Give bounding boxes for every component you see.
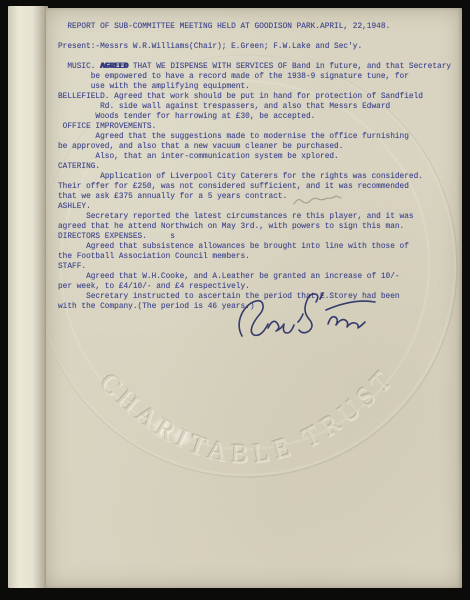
text-segment: DIRECTORS EXPENSES. s — [58, 233, 175, 241]
typewritten-text: REPORT OF SUB-COMMITTEE MEETING HELD AT … — [58, 22, 451, 312]
text-segment: Rd. side wall against trespassers, and a… — [58, 103, 390, 111]
text-segment: per week, to £4/10/- and £4 respectively… — [58, 283, 250, 291]
text-line: the Football Association Council members… — [58, 252, 451, 262]
text-line — [58, 52, 451, 62]
svg-text:CHARITABLE TRUST: CHARITABLE TRUST — [93, 360, 400, 467]
svg-text:CHARITABLE TRUST: CHARITABLE TRUST — [95, 363, 402, 470]
svg-text:CHARITABLE TRUST: CHARITABLE TRUST — [94, 361, 401, 468]
text-line — [58, 32, 451, 42]
text-line: be approved, and also that a new vacuum … — [58, 142, 451, 152]
text-line: Secretary reported the latest circumstan… — [58, 212, 451, 222]
text-segment: Agreed that the suggestions made to mode… — [58, 133, 409, 141]
text-segment: REPORT OF SUB-COMMITTEE MEETING HELD AT … — [58, 23, 390, 31]
text-segment: use with the amplifying equipment. — [58, 83, 250, 91]
text-segment: Agreed that W.H.Cooke, and A.Leather be … — [58, 273, 400, 281]
text-line: be empowered to have a record made of th… — [58, 72, 451, 82]
emboss-spot — [154, 419, 172, 437]
watermark-text-shadow: CHARITABLE TRUST — [93, 360, 400, 467]
text-segment: the Football Association Council members… — [58, 253, 250, 261]
text-line: agreed that he attend Northwich on May 3… — [58, 222, 451, 232]
text-line: Agreed that the suggestions made to mode… — [58, 132, 451, 142]
text-line: Present:-Messrs W.R.Williams(Chair); E.G… — [58, 42, 451, 52]
underlying-page-edge — [8, 6, 48, 588]
text-line: OFFICE IMPROVEMENTS. — [58, 122, 451, 132]
text-segment: be empowered to have a record made of th… — [58, 73, 409, 81]
text-segment: Secretary instructed to ascertain the pe… — [58, 293, 400, 301]
watermark-text-arc: CHARITABLE TRUST CHARITABLE TRUST CHARIT… — [93, 360, 402, 469]
overstruck-word: AGREED — [100, 63, 128, 71]
text-line: use with the amplifying equipment. — [58, 82, 451, 92]
text-line: Agreed that subsistence allowances be br… — [58, 242, 451, 252]
emboss-spot — [174, 429, 190, 445]
text-segment: Application of Liverpool City Caterers f… — [58, 173, 423, 181]
text-line: Also, that an inter-communication system… — [58, 152, 451, 162]
scanned-document-photo: CHARITABLE TRUST CHARITABLE TRUST CHARIT… — [0, 0, 470, 600]
text-segment: CATERING. — [58, 163, 100, 171]
text-segment: that we ask £375 annually for a 5 years … — [58, 193, 287, 201]
text-line: Secretary instructed to ascertain the pe… — [58, 292, 451, 302]
text-line: BELLEFIELD. Agreed that work should be p… — [58, 92, 451, 102]
watermark-text-highlight: CHARITABLE TRUST — [95, 363, 402, 470]
text-segment: ASHLEY. — [58, 203, 91, 211]
text-line: ASHLEY. — [58, 202, 451, 212]
text-line: per week, to £4/10/- and £4 respectively… — [58, 282, 451, 292]
text-segment: Present:-Messrs W.R.Williams(Chair); E.G… — [58, 43, 362, 51]
document-page: CHARITABLE TRUST CHARITABLE TRUST CHARIT… — [46, 8, 462, 588]
text-line: DIRECTORS EXPENSES. s — [58, 232, 451, 242]
text-segment: BELLEFIELD. Agreed that work should be p… — [58, 93, 423, 101]
text-line: Rd. side wall against trespassers, and a… — [58, 102, 451, 112]
text-segment: be approved, and also that a new vacuum … — [58, 143, 343, 151]
text-line: STAFF. — [58, 262, 451, 272]
text-segment: with the Company.(The period is 46 years… — [58, 303, 255, 311]
text-line: CATERING. — [58, 162, 451, 172]
text-line: with the Company.(The period is 46 years… — [58, 302, 451, 312]
text-segment: OFFICE IMPROVEMENTS. — [58, 123, 156, 131]
text-line: Woods tender for harrowing at £30, be ac… — [58, 112, 451, 122]
text-line: Agreed that W.H.Cooke, and A.Leather be … — [58, 272, 451, 282]
text-segment: agreed that he attend Northwich on May 3… — [58, 223, 404, 231]
text-segment: Agreed that subsistence allowances be br… — [58, 243, 409, 251]
text-line: Their offer for £250, was not considered… — [58, 182, 451, 192]
text-segment: Their offer for £250, was not considered… — [58, 183, 409, 191]
text-segment: Woods tender for harrowing at £30, be ac… — [58, 113, 315, 121]
text-segment: Also, that an inter-communication system… — [58, 153, 339, 161]
text-segment: Secretary reported the latest circumstan… — [58, 213, 414, 221]
text-segment: STAFF. — [58, 263, 86, 271]
text-line: REPORT OF SUB-COMMITTEE MEETING HELD AT … — [58, 22, 451, 32]
text-line: that we ask £375 annually for a 5 years … — [58, 192, 451, 202]
text-segment: THAT WE DISPENSE WITH SERVICES OF Band i… — [128, 63, 451, 71]
text-line: Application of Liverpool City Caterers f… — [58, 172, 451, 182]
text-line: MUSIC. AGREED THAT WE DISPENSE WITH SERV… — [58, 62, 451, 72]
watermark-text: CHARITABLE TRUST — [94, 361, 401, 468]
text-segment: MUSIC. — [58, 63, 100, 71]
